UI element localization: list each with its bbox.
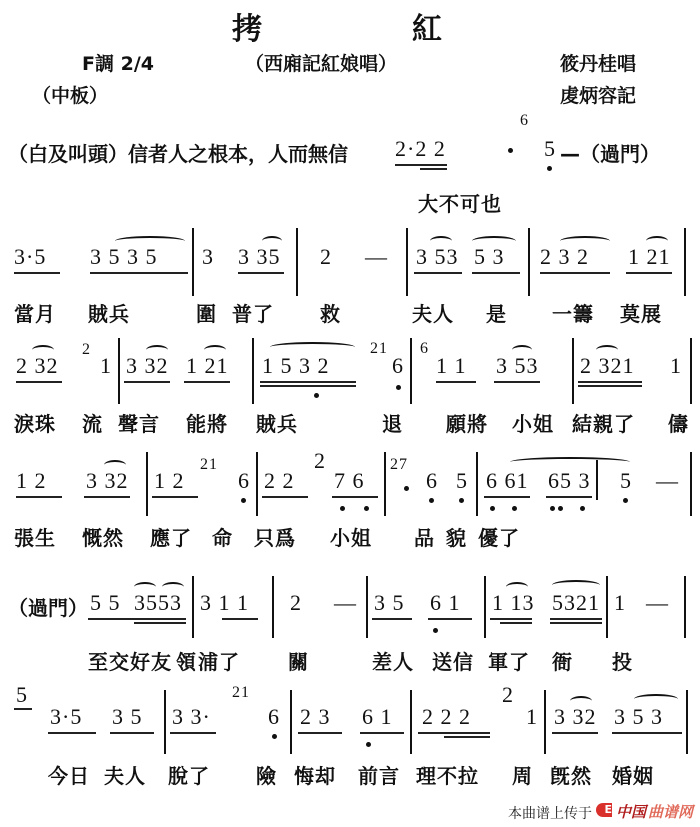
slur: [646, 236, 668, 246]
underline: [88, 618, 134, 620]
grace-note: 2: [314, 448, 326, 474]
low-octave-dot: [366, 742, 371, 747]
note-group: 3 1 1: [200, 590, 249, 616]
note-group: 6: [268, 704, 280, 730]
barline: [596, 460, 598, 500]
note-group: 2: [320, 244, 332, 270]
note-group: 6 1: [362, 704, 393, 730]
underline: [612, 732, 682, 734]
dot: [404, 486, 409, 491]
lyric: 領: [176, 646, 197, 675]
barline: [384, 452, 386, 516]
slur: [596, 345, 618, 355]
dot: [508, 148, 513, 153]
grace-note: 2: [502, 682, 514, 708]
lyric: 張生: [14, 522, 56, 551]
lyric: 送信: [432, 646, 474, 675]
slur: [634, 694, 678, 704]
lyric: 今日: [48, 760, 90, 789]
note-group: 3 32: [86, 468, 129, 494]
subtitle: （西廂記紅娘唱）: [245, 49, 397, 76]
lyric: 至交: [88, 646, 130, 675]
lyric: 流: [82, 408, 103, 437]
barline: [684, 228, 686, 296]
barline: [686, 690, 688, 754]
underline: [184, 381, 230, 383]
site-name-part1[interactable]: 中国: [616, 801, 646, 822]
key-meter: F調 2/4: [82, 49, 154, 76]
barline: [690, 338, 692, 404]
underline: [418, 732, 490, 734]
lyric: 浦了: [198, 646, 240, 675]
note-group: 2: [290, 590, 302, 616]
slur: [134, 582, 156, 592]
lyric: 賊兵: [256, 408, 298, 437]
underline: [14, 272, 60, 274]
slur: [270, 342, 355, 352]
note-group: 1: [100, 353, 112, 379]
singer: 筱丹桂唱: [560, 49, 636, 76]
barline: [606, 576, 608, 638]
lyric: 貌: [446, 522, 467, 551]
lyric: 莫展: [620, 298, 662, 327]
low-octave-dot: [459, 498, 464, 503]
note-group: 5321: [552, 590, 600, 616]
intro-interlude: —（過門）: [560, 138, 660, 167]
note-group: 6 1: [430, 590, 461, 616]
upload-note: 本曲谱上传于: [508, 803, 592, 823]
barline: [476, 452, 478, 516]
underline: [550, 618, 602, 620]
lyric: 普了: [232, 298, 274, 327]
underline: [494, 381, 540, 383]
note-group: 1 21: [186, 353, 229, 379]
lyric: 周: [512, 760, 533, 789]
note-group: 3 3·: [172, 704, 211, 730]
note-group: 1: [614, 590, 626, 616]
low-octave-dot: [241, 498, 246, 503]
note-group: 3 35: [238, 244, 281, 270]
slur: [204, 345, 226, 355]
slur: [552, 580, 600, 590]
note-group: 6: [392, 353, 404, 379]
note-group: 2 32: [16, 353, 59, 379]
underline: [484, 496, 530, 498]
underline: [360, 732, 404, 734]
underline: [170, 732, 216, 734]
low-octave-dot: [580, 506, 585, 511]
underline: [578, 385, 642, 387]
lyric: 儔: [668, 408, 689, 437]
lyric: 差人: [372, 646, 414, 675]
lyric: 軍了: [488, 646, 530, 675]
tempo: （中板）: [32, 81, 108, 108]
lyric: 優了: [478, 522, 520, 551]
note-group: 1: [526, 704, 538, 730]
note-group: 5 5: [90, 590, 121, 616]
lyric: 夫人: [412, 298, 454, 327]
note-group: 3 32: [554, 704, 597, 730]
grace-note: 27: [390, 456, 408, 474]
slur: [430, 236, 452, 246]
low-octave-dot: [558, 506, 563, 511]
low-octave-dot: [547, 166, 552, 171]
recorder: 䖍炳容記: [560, 81, 636, 108]
low-octave-dot: [623, 498, 628, 503]
dash: —: [646, 590, 669, 616]
slur: [512, 345, 532, 355]
underline: [540, 272, 610, 274]
low-octave-dot: [429, 498, 434, 503]
lyric: 脫了: [168, 760, 210, 789]
site-name-part2[interactable]: 曲谱网: [648, 801, 693, 822]
underline: [84, 496, 130, 498]
slur: [262, 236, 282, 246]
underline: [90, 272, 188, 274]
note-group: 6: [238, 468, 250, 494]
note-group: 65 3: [548, 468, 591, 494]
slur: [146, 345, 168, 355]
lyric: 淚珠: [14, 408, 56, 437]
slur: [32, 345, 54, 355]
lyric: 救: [320, 298, 341, 327]
intro-lyric: 大不可也: [418, 188, 502, 217]
slur: [162, 582, 184, 592]
lyric: 旣然: [550, 760, 592, 789]
lyric: 前言: [358, 760, 400, 789]
underline: [372, 618, 412, 620]
barline: [290, 690, 292, 754]
site-logo-icon: E: [596, 803, 612, 817]
lyric: 好友: [130, 646, 172, 675]
underline: [110, 732, 154, 734]
barline: [406, 228, 408, 296]
barline: [146, 452, 148, 516]
barline: [484, 576, 486, 638]
underline: [48, 732, 96, 734]
underline: [298, 732, 342, 734]
note-group: 1 13: [492, 590, 535, 616]
lyric: 當月: [14, 298, 56, 327]
note-group: 1 1: [436, 353, 467, 379]
barline: [410, 338, 412, 404]
low-octave-dot: [512, 506, 517, 511]
interlude-label: （過門）: [8, 592, 88, 621]
lyric: 命: [212, 522, 233, 551]
lyric: 婚姻: [612, 760, 654, 789]
underline: [260, 385, 356, 387]
lyric: 關: [288, 646, 309, 675]
lyric: 應了: [150, 522, 192, 551]
note-group: 5: [456, 468, 468, 494]
low-octave-dot: [340, 506, 345, 511]
underline: [124, 381, 170, 383]
note-group: 2 2: [264, 468, 295, 494]
barline: [118, 338, 120, 404]
note-group: 6 61: [486, 468, 529, 494]
low-octave-dot: [433, 628, 438, 633]
underline: [260, 381, 356, 383]
lyric: 願將: [446, 408, 488, 437]
low-octave-dot: [550, 506, 555, 511]
grace-note: 6: [520, 112, 529, 130]
dash: —: [334, 590, 357, 616]
underline: [238, 272, 284, 274]
underline: [152, 496, 198, 498]
lyric: 衙: [552, 646, 573, 675]
note-group: 3553: [134, 590, 182, 616]
lyric: 理不拉: [416, 760, 479, 789]
lyric: 品: [414, 522, 435, 551]
underline: [16, 496, 62, 498]
grace-note: 21: [370, 340, 388, 358]
grace-note: 2: [82, 341, 91, 359]
underline: [16, 381, 62, 383]
underline: [546, 496, 592, 498]
barline: [192, 576, 194, 638]
lyric: 慨然: [82, 522, 124, 551]
barline: [690, 452, 692, 516]
underline: [420, 168, 447, 170]
lyric: 小姐: [330, 522, 372, 551]
note-group: 2 321: [580, 353, 635, 379]
barline: [256, 452, 258, 516]
dash: —: [365, 244, 388, 270]
underline: [428, 618, 472, 620]
grace-note: 21: [232, 684, 250, 702]
barline: [410, 690, 412, 754]
note-group: 5 3: [474, 244, 505, 270]
slur: [506, 582, 528, 592]
underline: [490, 618, 532, 620]
grace-note: 6: [420, 340, 429, 358]
underline: [444, 736, 490, 738]
intro-spoken: （白及叫頭）信者人之根本，人而無信: [8, 138, 348, 167]
underline: [134, 618, 186, 620]
underline: [472, 272, 520, 274]
note-group: 3 53: [416, 244, 459, 270]
lyric: 能將: [186, 408, 228, 437]
underline: [578, 381, 642, 383]
intro-note-end: 5: [544, 136, 556, 162]
lyric: 只爲: [254, 522, 296, 551]
lyric: 退: [382, 408, 403, 437]
note-group: 2 3 2: [540, 244, 589, 270]
note-group: 3 5 3: [614, 704, 663, 730]
slur: [115, 236, 185, 246]
barline: [528, 228, 530, 296]
low-octave-dot: [272, 734, 277, 739]
note-group: 1: [670, 353, 682, 379]
title-char-2: 紅: [412, 4, 443, 48]
grace-note: 21: [200, 456, 218, 474]
underline: [436, 381, 476, 383]
underline: [550, 622, 602, 624]
note-group: 1 2: [154, 468, 185, 494]
slur: [472, 236, 516, 246]
underline: [332, 496, 378, 498]
lyric: 險: [256, 760, 277, 789]
underline: [222, 618, 258, 620]
low-octave-dot: [396, 385, 401, 390]
underline: [14, 708, 32, 710]
note-group: 3·5: [50, 704, 82, 730]
note-group: 3 5: [374, 590, 405, 616]
lyric: 結親了: [572, 408, 635, 437]
barline: [252, 338, 254, 404]
lyric: 夫人: [104, 760, 146, 789]
note-group: 3·5: [14, 244, 46, 270]
slur: [570, 696, 592, 706]
note-group: 3 5 3 5: [90, 244, 158, 270]
note-group: 2 2 2: [422, 704, 471, 730]
note-group: 3: [202, 244, 214, 270]
note-group: 3 53: [496, 353, 539, 379]
underline: [262, 496, 308, 498]
lyric: 圍: [196, 298, 217, 327]
note-group: 6: [426, 468, 438, 494]
barline: [544, 690, 546, 754]
note-group: 1 2: [16, 468, 47, 494]
underline: [500, 622, 532, 624]
lyric: 投: [612, 646, 633, 675]
note-group: 1 21: [628, 244, 671, 270]
slur: [560, 236, 610, 246]
intro-notes: 2·2 2: [395, 136, 446, 162]
barline: [272, 576, 274, 638]
lyric: 是: [486, 298, 507, 327]
note-group: 3 5: [112, 704, 143, 730]
low-octave-dot: [490, 506, 495, 511]
grace-note: 5: [16, 682, 28, 708]
note-group: 2 3: [300, 704, 331, 730]
barline: [572, 338, 574, 404]
note-group: 3 32: [126, 353, 169, 379]
barline: [366, 576, 368, 638]
underline: [552, 732, 598, 734]
barline: [164, 690, 166, 754]
note-group: 7 6: [334, 468, 365, 494]
note-group: 1 5 3 2: [262, 353, 330, 379]
slur: [104, 460, 126, 470]
slur: [510, 457, 630, 467]
lyric: 聲言: [118, 408, 160, 437]
underline: [626, 272, 672, 274]
lyric: 一籌: [552, 298, 594, 327]
barline: [296, 228, 298, 296]
note-group: 5: [620, 468, 632, 494]
lyric: 小姐: [512, 408, 554, 437]
dash: —: [656, 468, 679, 494]
underline: [414, 272, 462, 274]
barline: [684, 576, 686, 638]
title-char-1: 拷: [232, 4, 263, 48]
barline: [192, 228, 194, 296]
low-octave-dot: [314, 393, 319, 398]
lyric: 悔却: [294, 760, 336, 789]
underline: [395, 164, 447, 166]
low-octave-dot: [364, 506, 369, 511]
lyric: 賊兵: [88, 298, 130, 327]
underline: [134, 622, 186, 624]
